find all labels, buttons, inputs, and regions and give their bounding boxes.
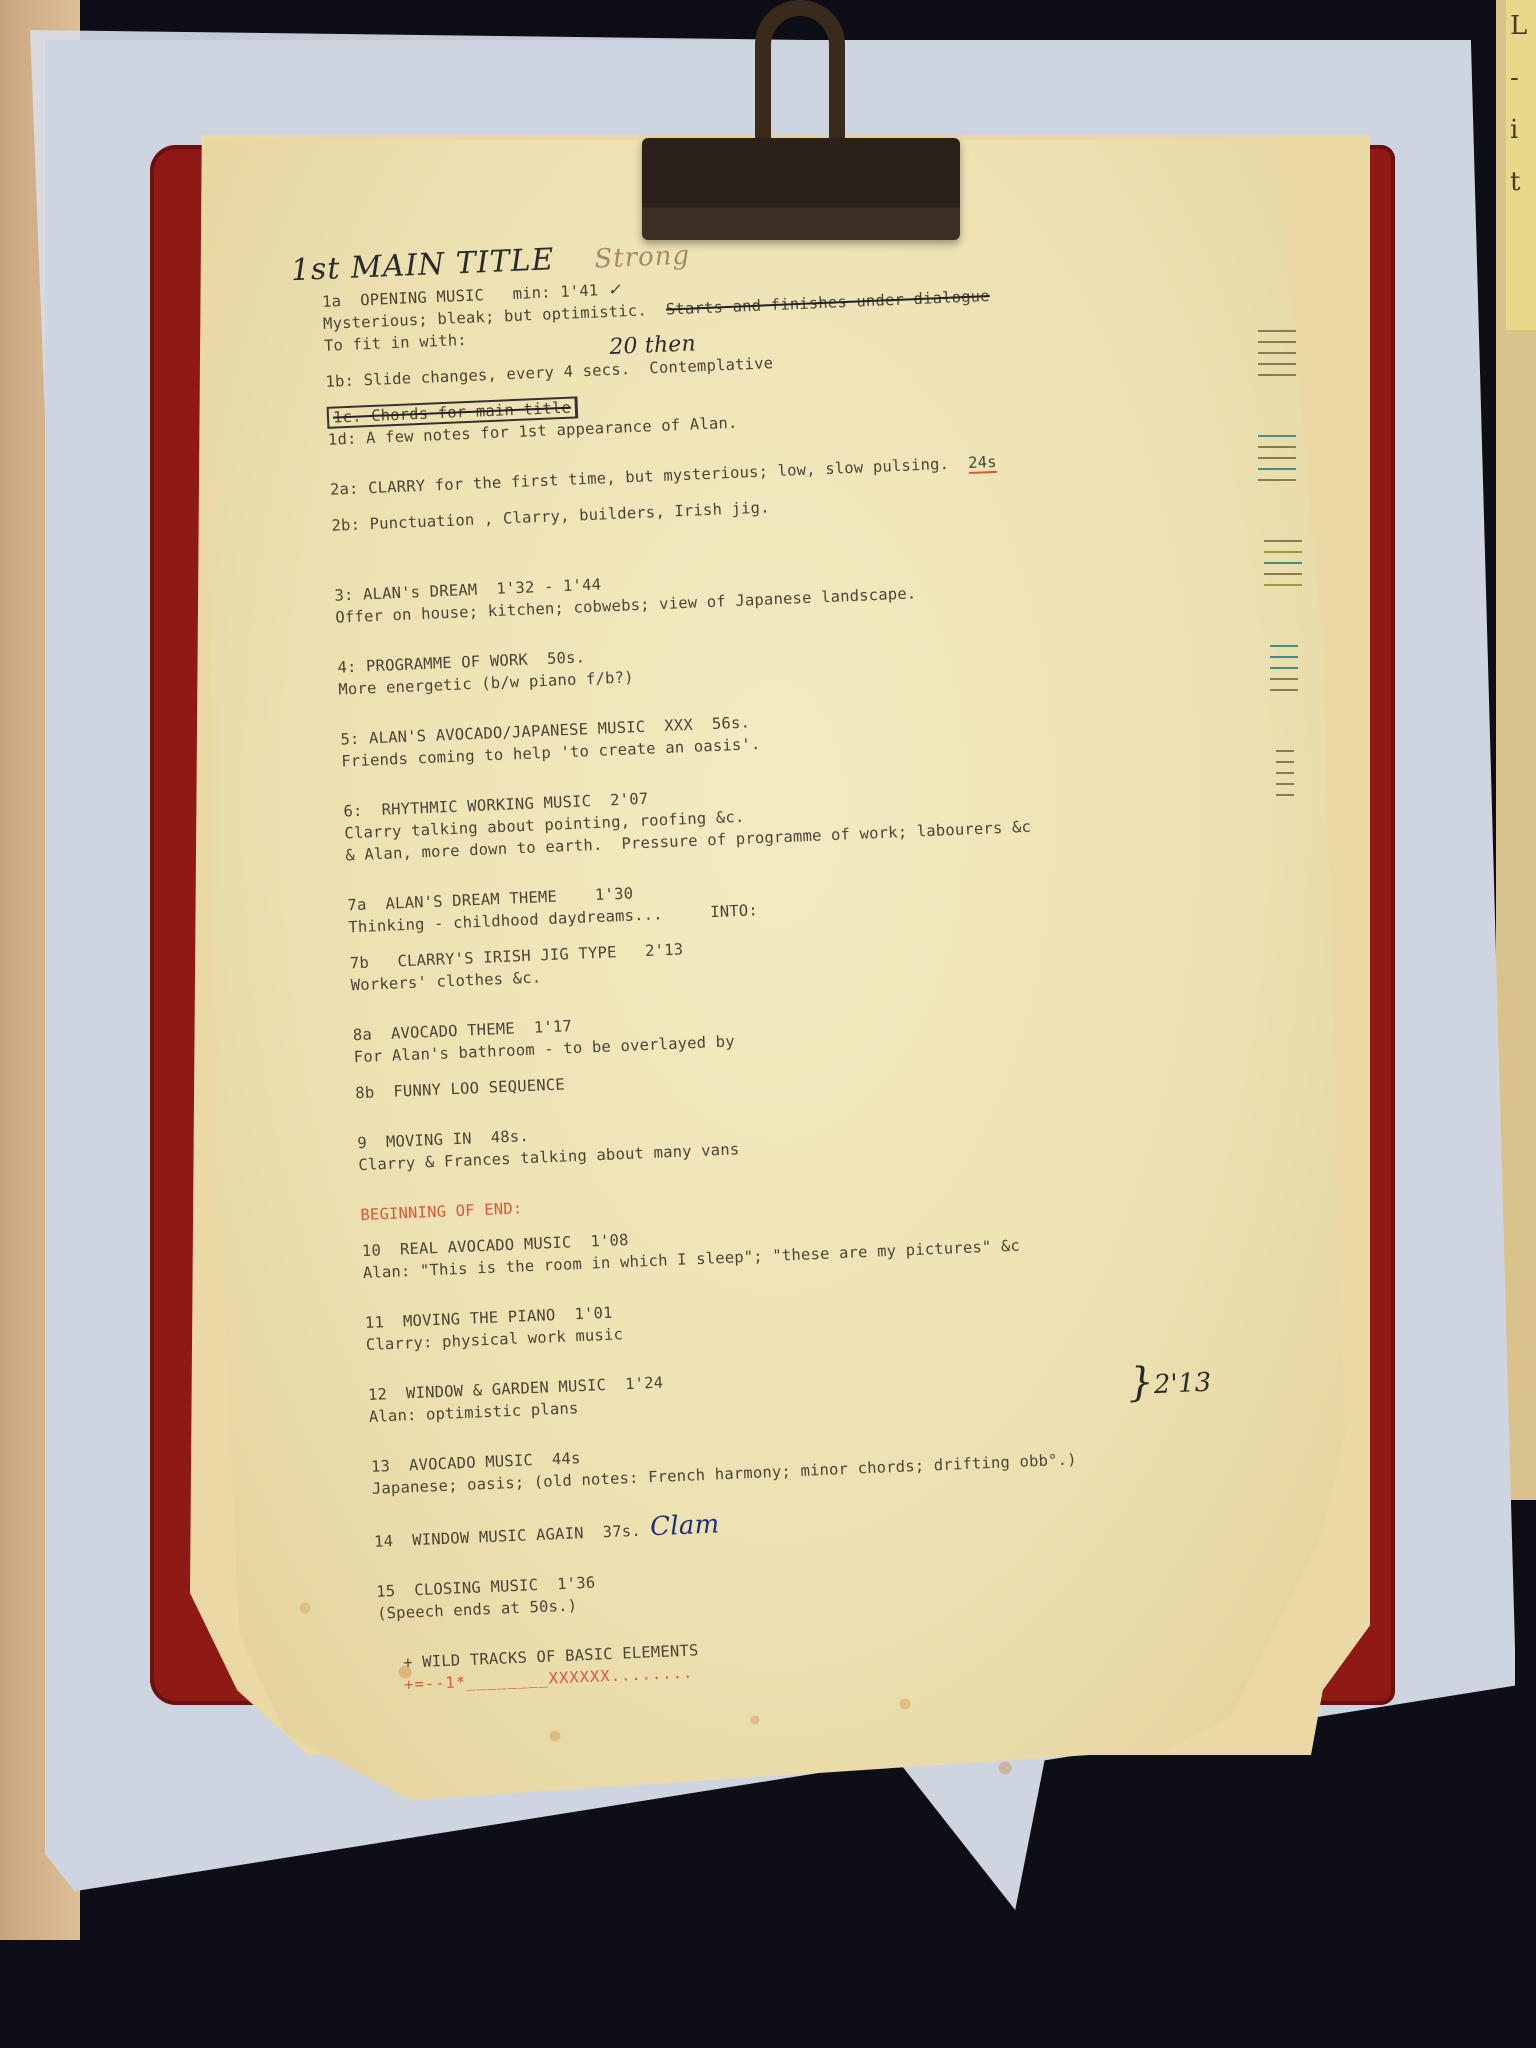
- sticky-note: L - i t: [1506, 0, 1536, 330]
- cue-sheet-text: 1st MAIN TITLEStrong 1a OPENING MUSIC mi…: [320, 213, 1260, 1697]
- sticky-note-char: L: [1510, 0, 1536, 52]
- handwritten-annotation: Clam: [650, 1509, 720, 1542]
- binder-clip-handle: [755, 0, 845, 150]
- cue-duration: 24s: [968, 453, 997, 474]
- margin-tick-marks: [1258, 320, 1308, 820]
- sticky-note-char: t: [1510, 156, 1536, 208]
- heading-text: 1st MAIN TITLE: [290, 242, 555, 288]
- brace-total-annotation: }2'13: [1128, 1369, 1212, 1397]
- sticky-note-char: -: [1510, 52, 1536, 104]
- heading-annotation: Strong: [594, 241, 691, 275]
- handwritten-annotation: 20 then: [609, 333, 696, 359]
- brace-total-text: 2'13: [1153, 1368, 1212, 1400]
- sticky-note-char: i: [1510, 104, 1536, 156]
- check-mark-icon: ✓: [608, 280, 622, 299]
- cue-tail-text: Contemplative: [649, 354, 774, 377]
